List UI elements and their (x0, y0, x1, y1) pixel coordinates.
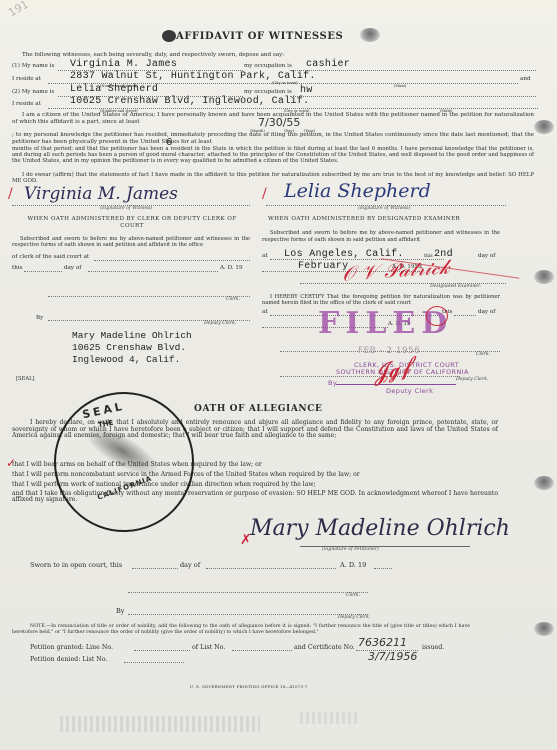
issued-label: issued. (422, 644, 444, 651)
petitioner-street: 10625 Crenshaw Blvd. (72, 342, 186, 354)
certify-clerk-caption: Clerk. (476, 352, 490, 357)
clerk-section-heading: WHEN OATH ADMINISTERED BY CLERK OR DEPUT… (26, 216, 238, 229)
witness2-name-label: (2) My name is (12, 89, 54, 96)
affidavit-paragraph-1b: ; to my personal knowledge the petitione… (12, 132, 534, 145)
certificate-label: and Certificate No. (294, 644, 355, 651)
certify-deputy-caption: Deputy Clerk. (456, 377, 488, 382)
caption-state: (State) (394, 83, 406, 89)
oath-clerk-line (128, 592, 368, 593)
petitioner-city: Inglewood 4, Calif. (72, 354, 180, 366)
certify-deputy-line (280, 376, 460, 377)
filed-date-stamp: FEB - 2 1956 (358, 346, 420, 356)
granted-line-no (134, 650, 190, 651)
nobility-note: NOTE.—In renunciation of title or order … (12, 624, 470, 635)
caption-signature-witness-2: (Signature of Witness) (358, 206, 410, 211)
clerk-ad-label: A. D. 19 (220, 265, 243, 272)
witness2-name[interactable]: Lelia Shepherd (70, 84, 158, 95)
witness1-name[interactable]: Virginia M. James (70, 59, 177, 70)
petition-denied-label: Petition denied: List No. (30, 656, 107, 663)
certify-day-line (454, 315, 476, 316)
witness2-reside-label: I reside at (12, 101, 41, 108)
clerk-court-at-line (94, 260, 250, 261)
punch-hole (534, 622, 554, 636)
witness2-occupation[interactable]: hw (300, 85, 313, 96)
certify-text: I HEREBY CERTIFY That the foregoing peti… (262, 294, 500, 306)
sworn-month-line (206, 568, 336, 569)
oath-deputy-caption: Deputy Clerk. (338, 615, 370, 620)
granted-list-no (232, 650, 292, 651)
clerk-this-label: this (12, 265, 23, 272)
sworn-ad-label: A. D. 19 (340, 562, 366, 569)
affidavit-page: 191 AFFIDAVIT OF WITNESSES The following… (0, 0, 557, 750)
deputy-clerk-caption: Deputy Clerk. (204, 321, 236, 326)
bleed-through-text-2 (300, 712, 360, 724)
clerk-signature-line (48, 296, 250, 297)
clerk-day-line (24, 271, 62, 272)
checkmark-2: / (262, 186, 267, 202)
checkmark-1: / (8, 186, 13, 202)
examiner-caption: Designated Examiner. (430, 284, 481, 289)
witness1-signature: Virginia M. James (24, 184, 178, 204)
punch-hole (534, 476, 554, 490)
certificate-number[interactable]: 7636211 (358, 636, 407, 649)
clerk-stamp-deputy: Deputy Clerk (386, 387, 433, 395)
punch-hole (534, 120, 554, 134)
oath-deputy-line (128, 614, 368, 615)
witness1-occupation[interactable]: cashier (306, 59, 350, 70)
witness2-occupation-line (290, 96, 536, 97)
witness1-name-label: (1) My name is (12, 63, 54, 70)
bleed-through-text (60, 716, 260, 732)
scan-top-edge (0, 0, 557, 14)
oath-title: OATH OF ALLEGIANCE (194, 404, 322, 414)
witness2-occupation-label: my occupation is (244, 89, 292, 96)
clerk-court-at-label: of clerk of the said court at (12, 254, 89, 261)
witness1-occupation-line (290, 70, 536, 71)
of-list-label: of List No. (192, 644, 225, 651)
sworn-day-line (132, 568, 178, 569)
examiner-day-of-label: day of (478, 253, 495, 260)
clerk-day-of-label: day of (64, 265, 81, 272)
clerk-caption: Clerk. (226, 297, 240, 302)
affidavit-paragraph-2: I do swear (affirm) that the statements … (12, 172, 534, 184)
witness2-signature: Lelia Shepherd (284, 180, 431, 202)
oath-clerk-caption: Clerk. (346, 593, 360, 598)
page-title: AFFIDAVIT OF WITNESSES (176, 31, 343, 42)
examiner-section-text: Subscribed and sworn to before me by abo… (262, 230, 500, 243)
seal-label: [SEAL] (16, 376, 35, 382)
witness1-occupation-label: my occupation is (244, 63, 292, 70)
clerk-stamp-by: By (328, 379, 337, 387)
and-text: and (520, 76, 531, 83)
caption-signature-witness-1: (Signature of Witness) (100, 206, 152, 211)
clerk-month-line (88, 271, 218, 272)
title-emblem-icon (162, 30, 176, 42)
punch-hole (534, 270, 554, 284)
petitioner-name: Mary Madeline Ohlrich (72, 330, 192, 342)
caption-signature-petitioner: (Signature of Petitioner) (322, 547, 379, 552)
sworn-year-line (374, 568, 392, 569)
sworn-day-of-label: day of (180, 562, 200, 569)
punch-hole (360, 28, 380, 42)
petitioner-signature: Mary Madeline Ohlrich (250, 516, 510, 541)
clerk-by-label: By (36, 315, 43, 322)
deputy-clerk-signature: 𝓙𝓰𝓯 (370, 354, 414, 388)
red-circle-mark (426, 306, 448, 326)
printer-imprint: U. S. GOVERNMENT PRINTING OFFICE 16—4107… (190, 684, 308, 690)
certify-at-label: at (262, 309, 268, 316)
certificate-date[interactable]: 3/7/1956 (368, 650, 417, 663)
intro-text: The following witnesses, each being seve… (22, 52, 284, 59)
witness2-address[interactable]: 10625 Crenshaw Blvd, Inglewood, Calif. (70, 96, 309, 107)
witness1-reside-label: I reside at (12, 76, 41, 83)
clerk-section-text: Subscribed and sworn to before me by abo… (12, 236, 250, 248)
oath-by-label: By (116, 608, 124, 615)
denied-list-no (124, 662, 184, 663)
certify-day-of-label: day of (478, 309, 495, 316)
sworn-label: Sworn to in open court, this (30, 562, 122, 569)
affidavit-paragraph-1c: months of that period; and that the peti… (12, 146, 534, 164)
petition-granted-label: Petition granted: Line No. (30, 644, 113, 651)
caption-city-town: (City or town) (272, 80, 297, 86)
examiner-section-heading: WHEN OATH ADMINISTERED BY DESIGNATED EXA… (268, 216, 508, 223)
clerk-stamp-by-line (336, 384, 456, 385)
examiner-at-label: at (262, 253, 268, 260)
